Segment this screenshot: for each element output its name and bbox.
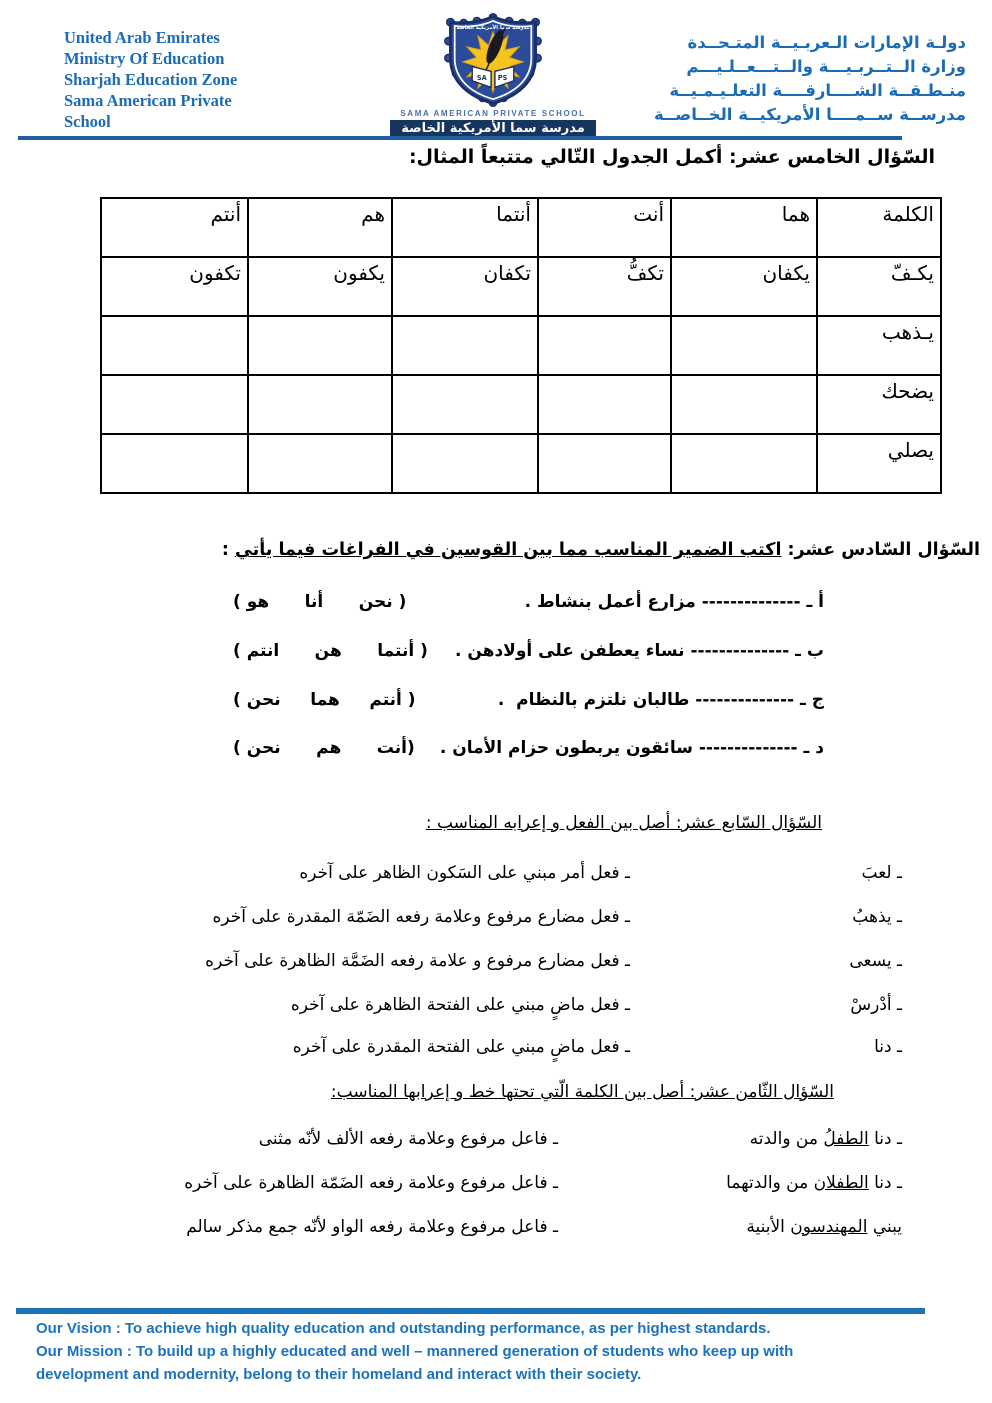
worksheet-page: United Arab Emirates Ministry Of Educati… [0,0,992,1403]
q16-title: السّؤال السّادس عشر: اكتب الضمير المناسب… [222,540,980,560]
q16-title-prefix: السّؤال السّادس عشر: [781,540,980,560]
table-header-cell: الكلمة [817,198,941,257]
q17-verb: ـ دنا [874,1034,902,1060]
table-cell-empty [671,375,817,434]
q15-title: السّؤال الخامس عشر: أكمل الجدول التّالي … [409,146,935,168]
table-cell: يكفون [248,257,392,316]
q18-phrase: ـ دنا الطفلان من والدتهما [726,1170,902,1196]
header-line-arabic: مدرســة ســمــــا الأمريكيــة الخــاصــة [654,103,966,127]
q17-item: ـ يسعى ـ فعل مضارع مرفوع و علامة رفعه ال… [0,948,992,974]
table-cell: تكفان [392,257,538,316]
table-cell-empty [101,434,248,493]
q18-phrase-pre: ـ دنا [869,1129,902,1149]
table-cell-empty [671,316,817,375]
school-crest-icon: مدرسة سما الأمريكية الخاصة SA PS [441,12,545,108]
q16-title-suffix: : [222,540,235,560]
table-cell: يصلي [817,434,941,493]
table-cell-empty [101,375,248,434]
q16-sentence: ج ـ -------------- طالبان نلتزم بالنظام … [498,687,824,713]
q17-verb: ـ يذهبُ [852,904,902,930]
q18-underlined-word: الطفلان [814,1173,869,1193]
table-cell: يكـفّ [817,257,941,316]
q18-phrase-pre: ـ دنا [869,1173,902,1193]
q16-item-c: ج ـ -------------- طالبان نلتزم بالنظام … [233,687,824,713]
q17-definition: ـ فعل أمر مبني على السَكون الظاهر على آخ… [299,860,630,886]
q17-verb: ـ لعبَ [862,860,902,886]
table-cell-empty [248,434,392,493]
q16-item-b: ب ـ -------------- نساء يعطفن على أولاده… [233,638,824,664]
header-line-arabic: دولـة الإمارات الـعربـيــة المتـحــدة [654,31,966,55]
table-cell-empty [392,375,538,434]
table-cell: تكفُّ [538,257,671,316]
footer-divider [16,1308,925,1314]
table-cell-empty [538,316,671,375]
q17-definition: ـ فعل ماضٍ مبني على الفتحة المقدرة على آ… [293,1034,630,1060]
school-info-arabic: دولـة الإمارات الـعربـيــة المتـحــدة وز… [654,31,966,127]
q18-definition: ـ فاعل مرفوع وعلامة رفعه الضَمّة الظاهرة… [184,1170,558,1196]
q16-options: (أنت هم نحن ) [233,735,415,761]
school-info-english: United Arab Emirates Ministry Of Educati… [64,27,237,132]
q17-item: ـ يذهبُ ـ فعل مضارع مرفوع وعلامة رفعه ال… [0,904,992,930]
q18-phrase-pre: يبني [867,1217,902,1237]
shield-arc-text: مدرسة سما الأمريكية الخاصة [456,24,529,31]
table-header-cell: أنتما [392,198,538,257]
q16-options: ( أنتم هما نحن ) [233,687,416,713]
vision-statement: Our Vision : To achieve high quality edu… [36,1317,881,1340]
header-line-arabic: وزارة الــتــربـيـــة والــتـــعــلـيـــ… [654,55,966,79]
q18-phrase: ـ دنا الطفلُ من والدته [750,1126,902,1152]
q18-underlined-word: المهندسون [790,1217,867,1237]
mission-statement: Our Mission : To build up a highly educa… [36,1340,881,1386]
q18-phrase-post: من والدتهما [726,1173,813,1193]
footer: Our Vision : To achieve high quality edu… [36,1317,881,1386]
table-cell-empty [538,375,671,434]
table-row: يضحك [101,375,941,434]
table-header-cell: أنت [538,198,671,257]
q17-verb: ـ أدْرسْ [850,992,902,1018]
q16-sentence: ب ـ -------------- نساء يعطفن على أولاده… [455,638,824,664]
q16-title-underlined: اكتب الضمير المناسب مما بين القوسين في ا… [235,540,782,560]
header-line-english: School [64,111,237,132]
q18-item: يبني المهندسون الأبنية ـ فاعل مرفوع وعلا… [0,1214,992,1240]
table-cell: يكفان [671,257,817,316]
q18-underlined-word: الطفلُ [823,1129,868,1149]
header-line-english: Ministry Of Education [64,48,237,69]
q16-sentence: د ـ -------------- سائقون يربطون حزام ال… [440,735,824,761]
q16-options: ( أنتما هن انتم ) [233,638,428,664]
table-header-cell: أنتم [101,198,248,257]
header-divider [18,136,902,140]
table-cell: يضحك [817,375,941,434]
header-line-english: Sharjah Education Zone [64,69,237,90]
header-line-english: Sama American Private [64,90,237,111]
q16-options: ( نحن أنا هو ) [233,589,406,615]
table-header-cell: هما [671,198,817,257]
q18-item: ـ دنا الطفلُ من والدته ـ فاعل مرفوع وعلا… [0,1126,992,1152]
table-row: يـذهب [101,316,941,375]
table-cell-empty [392,434,538,493]
q18-item: ـ دنا الطفلان من والدتهما ـ فاعل مرفوع و… [0,1170,992,1196]
book-letters-right: PS [498,74,508,82]
q16-sentence: أ ـ -------------- مزارع أعمل بنشاط . [525,589,824,615]
q17-verb: ـ يسعى [849,948,902,974]
table-cell-empty [538,434,671,493]
table-row: يصلي [101,434,941,493]
table-cell: تكفون [101,257,248,316]
table-cell-empty [671,434,817,493]
table-cell-empty [248,375,392,434]
q17-item: ـ لعبَ ـ فعل أمر مبني على السَكون الظاهر… [0,860,992,886]
q18-definition: ـ فاعل مرفوع وعلامة رفعه الألف لأنّه مثن… [259,1126,558,1152]
q17-definition: ـ فعل مضارع مرفوع وعلامة رفعه الضَمّة ال… [212,904,630,930]
table-header-cell: هم [248,198,392,257]
q18-phrase-post: الأبنية [746,1217,790,1237]
q16-item-d: د ـ -------------- سائقون يربطون حزام ال… [233,735,824,761]
q17-definition: ـ فعل ماضٍ مبني على الفتحة الظاهرة على آ… [291,992,630,1018]
q18-phrase-post: من والدته [750,1129,824,1149]
table-cell-empty [248,316,392,375]
table-cell-empty [101,316,248,375]
q15-conjugation-table: الكلمة هما أنت أنتما هم أنتم يكـفّ يكفان… [100,197,942,494]
q17-item: ـ أدْرسْ ـ فعل ماضٍ مبني على الفتحة الظا… [0,992,992,1018]
q17-definition: ـ فعل مضارع مرفوع و علامة رفعه الضَمَّة … [205,948,630,974]
table-cell-empty [392,316,538,375]
q17-item: ـ دنا ـ فعل ماضٍ مبني على الفتحة المقدرة… [0,1034,992,1060]
header-line-english: United Arab Emirates [64,27,237,48]
q18-title: السّؤال الثّامن عشر: أصل بين الكلمة الّت… [331,1082,834,1102]
q18-definition: ـ فاعل مرفوع وعلامة رفعه الواو لأنّه جمع… [186,1214,558,1240]
table-cell: يـذهب [817,316,941,375]
school-logo: مدرسة سما الأمريكية الخاصة SA PS SAMA AM… [390,12,596,138]
q17-title: السّؤال السّابع عشر: أصل بين الفعل و إعر… [426,813,822,833]
q16-item-a: أ ـ -------------- مزارع أعمل بنشاط . ( … [233,589,824,615]
table-row: يكـفّ يكفان تكفُّ تكفان يكفون تكفون [101,257,941,316]
header-line-arabic: منـطـقــة الشــــارقــــة التعلـيـمـيــة [654,79,966,103]
q18-phrase: يبني المهندسون الأبنية [746,1214,902,1240]
book-letters-left: SA [477,74,488,82]
logo-caption-english: SAMA AMERICAN PRIVATE SCHOOL [390,109,596,118]
table-header-row: الكلمة هما أنت أنتما هم أنتم [101,198,941,257]
